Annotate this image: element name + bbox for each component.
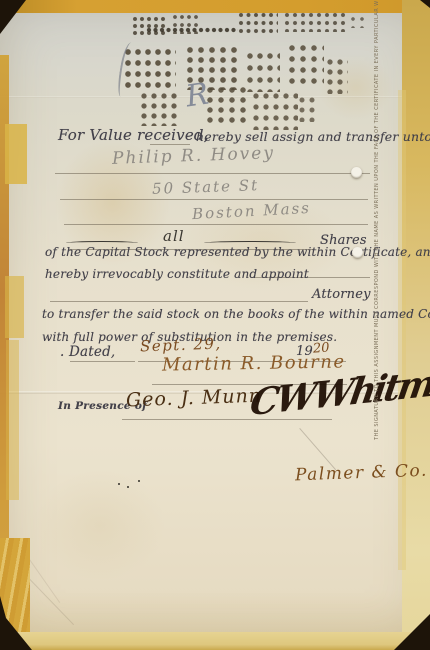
body-line2: hereby irrevocably constitute and appoin… [45,267,309,281]
ruled-line [55,173,370,174]
date-handwritten: Sept. 29, [140,335,222,356]
punch-hole [351,167,362,178]
ink-speck [138,480,140,482]
pencil-r-mark: R [184,77,211,115]
blank-line [150,144,190,145]
dash-left [66,241,138,245]
side-notice: THE SIGNATURE TO THIS ASSIGNMENT MUST CO… [374,100,380,440]
body-line3: to transfer the said stock on the books … [42,307,430,321]
ruled-line [50,301,308,302]
ruled-line [60,199,368,200]
dated-underline [70,361,135,362]
punch-hole [352,247,363,258]
witness-line [122,419,332,420]
dated-label: . Dated, [60,344,115,360]
form-line1-rest: hereby sell assign and transfer unto [196,129,430,144]
certificate-paper [0,0,430,650]
attorney-label: Attorney [312,287,371,302]
address-line1: 50 State St [152,176,260,198]
seller-signature: Martin R. Bourne [162,351,346,375]
dash-right [204,241,296,245]
ink-speck [127,486,129,488]
body-line1: of the Capital Stock represented by the … [45,245,430,259]
form-line1-lead: For Value received, [58,126,209,144]
shares-amount: all [163,227,185,245]
ruled-line [64,224,368,225]
ink-speck [118,483,120,485]
